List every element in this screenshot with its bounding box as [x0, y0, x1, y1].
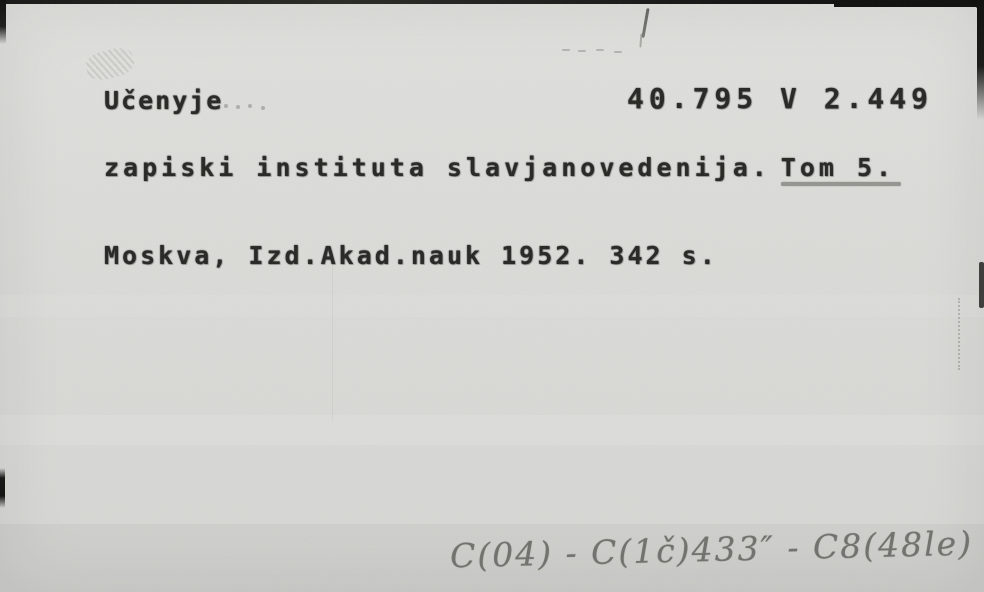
scan-edge-right-upper: [977, 0, 984, 120]
scan-edge-top: [0, 0, 984, 4]
volume-underlined: Tom 5.: [781, 153, 895, 182]
paper-specks: [562, 49, 570, 51]
card-heading-word: Učenyje: [104, 86, 223, 115]
faint-dotted-line: [958, 298, 960, 370]
scan-edge-left-upper: [0, 0, 6, 44]
scan-edge-top-right: [834, 0, 984, 7]
scan-light-band: [0, 295, 984, 317]
title-text: zapiski instituta slavjanovedenija.: [104, 153, 771, 182]
call-number: 40.795 V 2.449: [627, 82, 933, 115]
paper-crease: [332, 250, 333, 420]
scan-corner-top-right: [969, 0, 984, 15]
scan-edge-right-mid: [979, 262, 984, 308]
scan-hair-mark: [641, 8, 649, 38]
paper-smudge: [83, 45, 136, 84]
scan-edge-left-lower: [0, 468, 5, 508]
faint-dots: [224, 104, 228, 108]
title-line: zapiski instituta slavjanovedenija.Tom 5…: [104, 153, 895, 182]
imprint-line: Moskva, Izd.Akad.nauk 1952. 342 s.: [104, 241, 718, 270]
handwritten-classification: C(04) - C(1č)433″ - C8(48le): [450, 524, 974, 576]
catalog-card-scan: Učenyje 40.795 V 2.449 zapiski instituta…: [0, 0, 984, 592]
scan-light-band: [0, 415, 984, 445]
